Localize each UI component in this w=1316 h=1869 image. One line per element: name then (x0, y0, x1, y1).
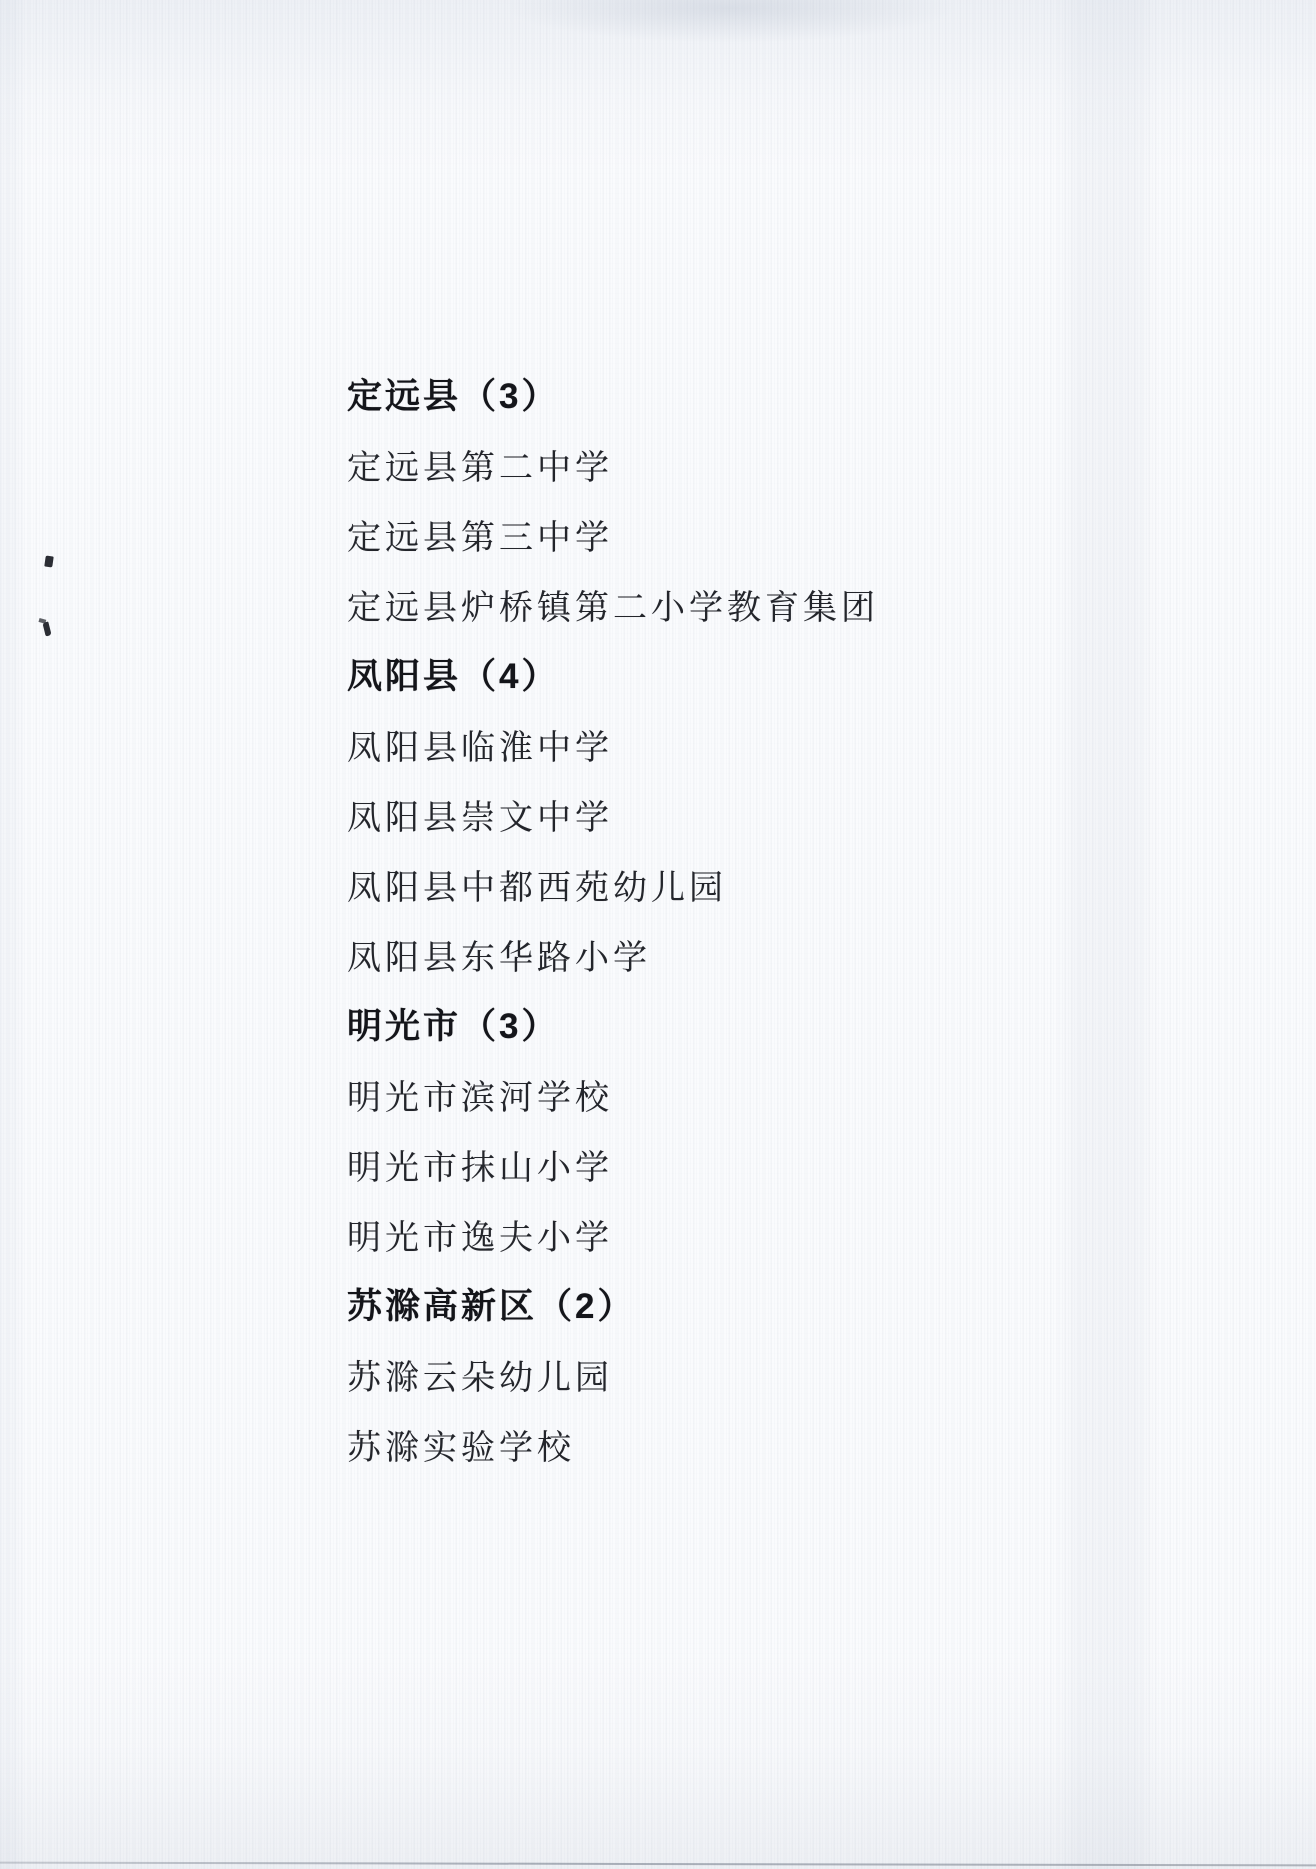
school-item: 凤阳县临淮中学 (347, 709, 1207, 779)
school-list: 定远县（3） 定远县第二中学 定远县第三中学 定远县炉桥镇第二小学教育集团 凤阳… (347, 359, 1207, 1479)
section-mingguang-city: 明光市（3） 明光市滨河学校 明光市抹山小学 明光市逸夫小学 (347, 989, 1207, 1269)
school-item: 明光市逸夫小学 (347, 1199, 1207, 1269)
school-item: 定远县炉桥镇第二小学教育集团 (347, 569, 1207, 639)
section-heading: 凤阳县（4） (347, 639, 1207, 709)
school-item: 定远县第三中学 (347, 499, 1207, 569)
section-heading: 苏滁高新区（2） (347, 1269, 1207, 1339)
section-heading: 明光市（3） (347, 989, 1207, 1059)
ink-speck (42, 621, 51, 636)
school-item: 凤阳县崇文中学 (347, 779, 1207, 849)
section-suchu-hightech-zone: 苏滁高新区（2） 苏滁云朵幼儿园 苏滁实验学校 (347, 1269, 1207, 1479)
school-item: 苏滁实验学校 (347, 1409, 1207, 1479)
school-item: 苏滁云朵幼儿园 (347, 1339, 1207, 1409)
school-item: 明光市滨河学校 (347, 1059, 1207, 1129)
school-item: 凤阳县中都西苑幼儿园 (347, 849, 1207, 919)
school-item: 定远县第二中学 (347, 429, 1207, 499)
section-heading: 定远县（3） (347, 359, 1207, 429)
ink-speck (44, 555, 53, 567)
school-item: 凤阳县东华路小学 (347, 919, 1207, 989)
section-fengyang-county: 凤阳县（4） 凤阳县临淮中学 凤阳县崇文中学 凤阳县中都西苑幼儿园 凤阳县东华路… (347, 639, 1207, 989)
school-item: 明光市抹山小学 (347, 1129, 1207, 1199)
scan-edge-line (0, 1862, 1316, 1867)
section-dingyuan-county: 定远县（3） 定远县第二中学 定远县第三中学 定远县炉桥镇第二小学教育集团 (347, 359, 1207, 639)
scanned-document-page: 定远县（3） 定远县第二中学 定远县第三中学 定远县炉桥镇第二小学教育集团 凤阳… (0, 0, 1316, 1869)
